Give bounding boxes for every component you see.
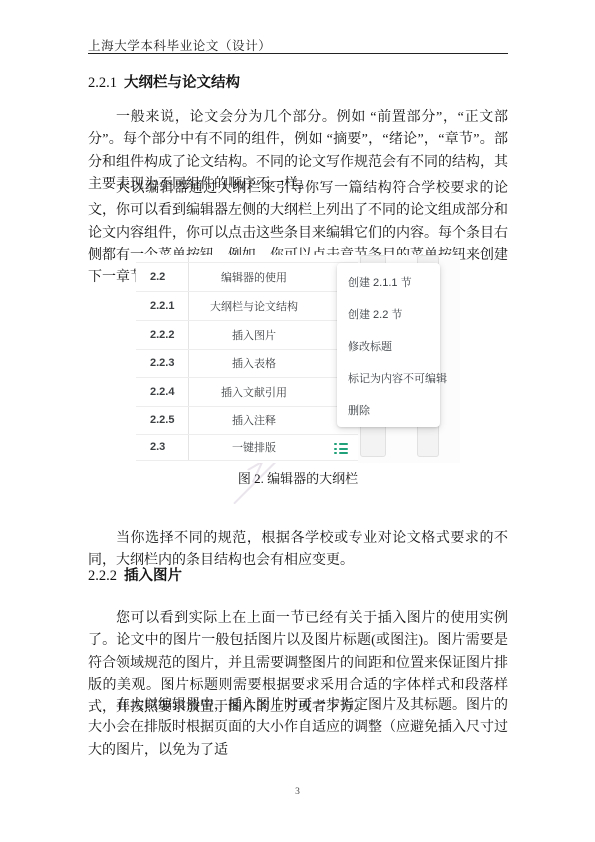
context-menu: 创建 2.1.1 节 创建 2.2 节 修改标题 标记为内容不可编辑 删除: [337, 263, 440, 427]
outline-row-label: 大纲栏与论文结构: [188, 298, 320, 314]
outline-row-number: 2.2.4: [150, 386, 174, 398]
outline-row: 2.3 一键排版: [136, 435, 358, 461]
outline-row: 2.2 编辑器的使用: [136, 263, 358, 292]
section-number: 2.2.1: [88, 75, 117, 91]
menu-item-delete: 删除: [337, 395, 440, 427]
outline-row-partial: [136, 255, 358, 263]
outline-panel: 2.2 编辑器的使用 2.2.1 大纲栏与论文结构 2.2.2 插入图片 2.2…: [136, 255, 358, 463]
page-header-title: 上海大学本科毕业论文（设计）: [88, 36, 271, 54]
outline-row-number: 2.2: [150, 271, 165, 283]
outline-row-label: 插入注释: [188, 412, 320, 428]
outline-row-number: 2.2.5: [150, 414, 174, 426]
outline-row: 2.2.4 插入文献引用: [136, 378, 358, 407]
outline-row-label: 一键排版: [188, 439, 320, 455]
section-number: 2.2.2: [88, 568, 117, 584]
outline-row: 2.2.3 插入表格: [136, 349, 358, 378]
section-heading-insert-image: 2.2.2插入图片: [88, 564, 182, 585]
outline-row-number: 2.2.3: [150, 357, 174, 369]
section-title: 大纲栏与论文结构: [124, 75, 240, 91]
outline-row-number: 2.3: [150, 441, 165, 453]
document-page: 上海大学本科毕业论文（设计） 2.2.1大纲栏与论文结构 一般来说，论文会分为几…: [0, 0, 595, 842]
menu-item-create-section: 创建 2.2 节: [337, 299, 440, 331]
menu-item-mark-readonly: 标记为内容不可编辑: [337, 363, 440, 395]
outline-row-number: 2.2.2: [150, 329, 174, 341]
outline-row-label: 编辑器的使用: [188, 269, 320, 285]
section-heading-outline: 2.2.1大纲栏与论文结构: [88, 71, 240, 92]
figure-caption: 图 2. 编辑器的大纲栏: [88, 468, 508, 487]
menu-item-create-subsection: 创建 2.1.1 节: [337, 267, 440, 299]
body-paragraph: 在大以编辑器中，插入图片时可一步指定图片及其标题。图片的大小会在排版时根据页面的…: [88, 695, 508, 762]
outline-row-label: 插入表格: [188, 355, 320, 371]
section-title: 插入图片: [124, 568, 182, 584]
outline-row: 2.2.1 大纲栏与论文结构: [136, 292, 358, 321]
outline-row-label: 插入文献引用: [188, 384, 320, 400]
menu-item-edit-title: 修改标题: [337, 331, 440, 363]
outline-row-number: 2.2.1: [150, 300, 174, 312]
header-rule: [88, 53, 508, 54]
outline-row-label: 插入图片: [188, 327, 320, 343]
page-number: 3: [0, 787, 595, 797]
outline-row: 2.2.2 插入图片: [136, 321, 358, 350]
format-list-icon: [334, 443, 348, 455]
outline-row: 2.2.5 插入注释: [136, 406, 358, 435]
figure-screenshot-outline-bar: 2.2 编辑器的使用 2.2.1 大纲栏与论文结构 2.2.2 插入图片 2.2…: [136, 255, 460, 463]
